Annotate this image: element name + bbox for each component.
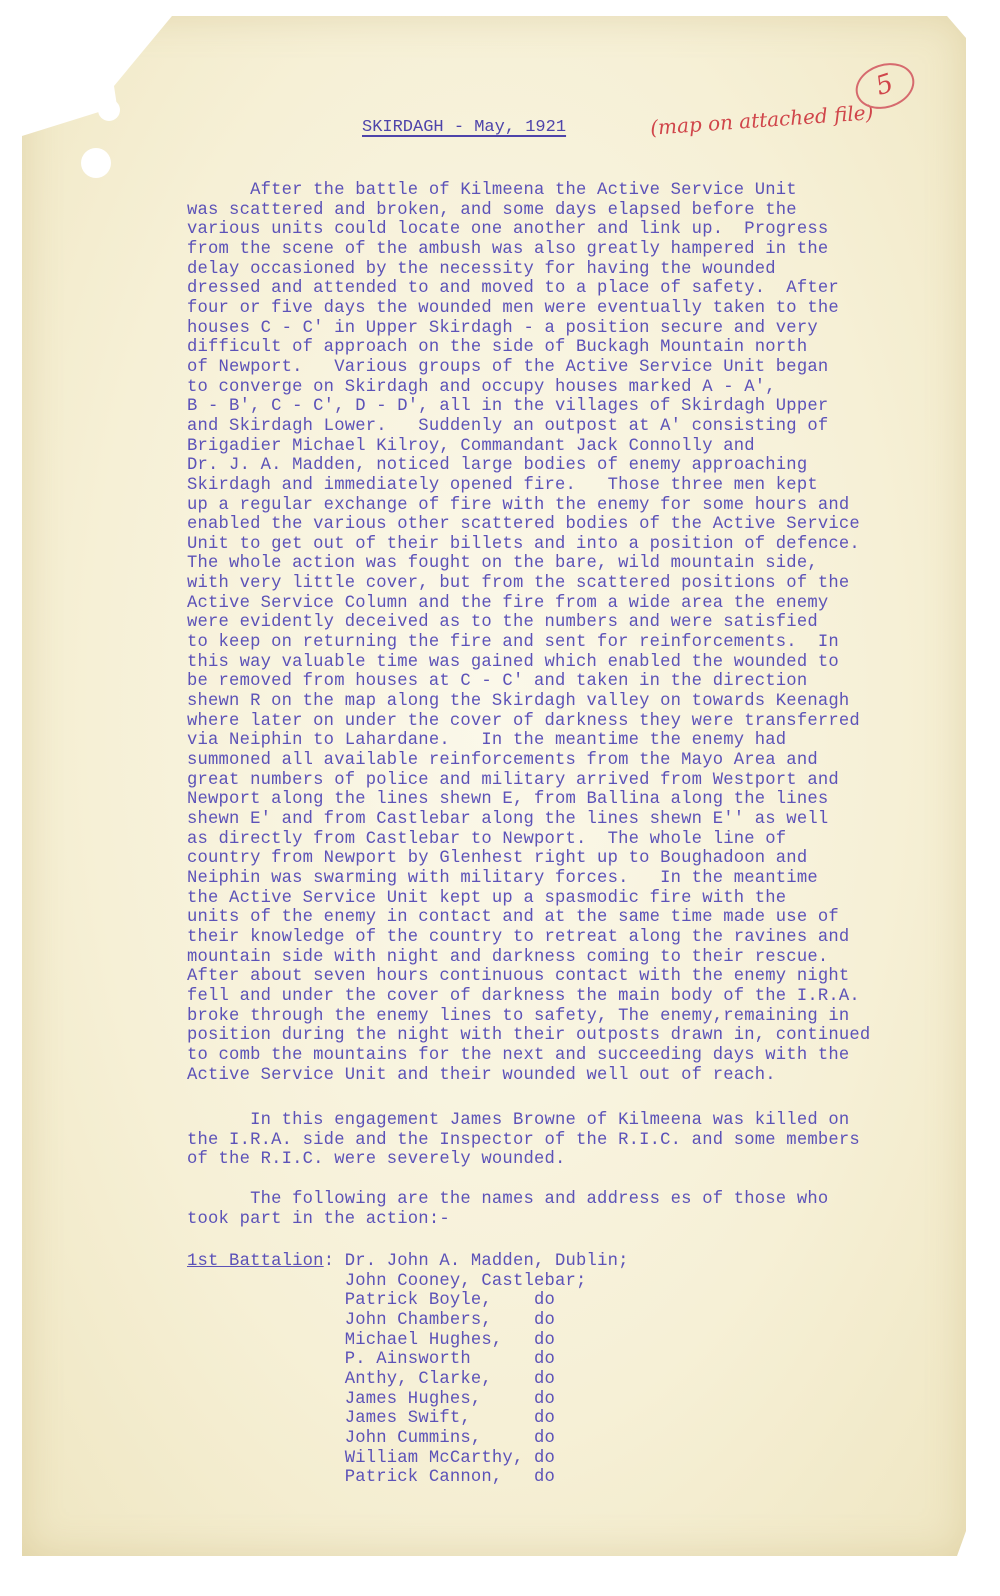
indent [187,1350,345,1369]
text-line: The whole action was fought on the bare,… [187,554,870,574]
text-line: Unit to get out of their billets and int… [187,535,870,555]
roster-row: John Cooney, Castlebar; [187,1272,629,1292]
member-name: James Hughes, [345,1390,534,1409]
member-address: Castlebar; [481,1272,586,1291]
roster-intro-paragraph: The following are the names and address … [187,1190,828,1229]
member-name: Anthy, Clarke, [345,1370,534,1389]
roster-row: James Swift, do [187,1409,629,1429]
text-line: was scattered and broken, and some days … [187,201,870,221]
member-name: Patrick Cannon, [345,1468,534,1487]
casualty-paragraph: In this engagement James Browne of Kilme… [187,1111,860,1170]
battalion-label: 1st Battalion [187,1252,324,1271]
member-address: do [534,1429,555,1448]
roster-row: Anthy, Clarke, do [187,1370,629,1390]
member-address: do [534,1390,555,1409]
member-name: John Cooney, [345,1272,482,1291]
member-address: do [534,1370,555,1389]
text-line: great numbers of police and military arr… [187,771,870,791]
punch-hole-lower [81,148,111,178]
text-line: Brigadier Michael Kilroy, Commandant Jac… [187,437,870,457]
text-line: broke through the enemy lines to safety,… [187,1007,870,1027]
text-line: were evidently deceived as to the number… [187,613,870,633]
text-line: After about seven hours continuous conta… [187,967,870,987]
text-line: where later on under the cover of darkne… [187,712,870,732]
text-line: of the R.I.C. were severely wounded. [187,1150,860,1170]
member-name: John Cummins, [345,1429,534,1448]
text-line: fell and under the cover of darkness the… [187,987,870,1007]
indent [187,1311,345,1330]
roster-row: 1st Battalion: Dr. John A. Madden, Dubli… [187,1252,629,1272]
member-name: Michael Hughes, [345,1331,534,1350]
text-line: four or five days the wounded men were e… [187,299,870,319]
text-line: the I.R.A. side and the Inspector of the… [187,1131,860,1151]
indent [187,1370,345,1389]
text-line: B - B', C - C', D - D', all in the villa… [187,397,870,417]
indent [187,1272,345,1291]
text-line: to keep on returning the fire and sent f… [187,633,870,653]
text-line: enabled the various other scattered bodi… [187,515,870,535]
member-address: do [534,1291,555,1310]
indent [187,1449,345,1468]
text-line: the Active Service Unit kept up a spasmo… [187,889,870,909]
indent [187,1291,345,1310]
member-address: do [534,1311,555,1330]
roster-row: Patrick Boyle, do [187,1291,629,1311]
text-line: up a regular exchange of fire with the e… [187,496,870,516]
text-line: be removed from houses at C - C' and tak… [187,672,870,692]
member-address: do [534,1409,555,1428]
punch-hole-upper [98,99,120,121]
member-name: James Swift, [345,1409,534,1428]
text-line: with very little cover, but from the sca… [187,574,870,594]
member-name: Patrick Boyle, [345,1291,534,1310]
member-name: Dr. John A. Madden, [345,1252,555,1271]
member-name: William McCarthy, [345,1449,534,1468]
text-line: summoned all available reinforcements fr… [187,751,870,771]
member-name: John Chambers, [345,1311,534,1330]
text-line: to converge on Skirdagh and occupy house… [187,378,870,398]
member-address: do [534,1449,555,1468]
narrative-paragraph: After the battle of Kilmeena the Active … [187,181,870,1085]
text-line: to comb the mountains for the next and s… [187,1046,870,1066]
text-line: difficult of approach on the side of Buc… [187,338,870,358]
roster-row: Patrick Cannon, do [187,1468,629,1488]
text-line: took part in the action:- [187,1210,828,1230]
text-line: and Skirdagh Lower. Suddenly an outpost … [187,417,870,437]
text-line: Skirdagh and immediately opened fire. Th… [187,476,870,496]
text-line: via Neiphin to Lahardane. In the meantim… [187,731,870,751]
text-line: country from Newport by Glenhest right u… [187,849,870,869]
text-line: dressed and attended to and moved to a p… [187,279,870,299]
text-line: After the battle of Kilmeena the Active … [187,181,870,201]
indent [187,1468,345,1487]
indent [187,1409,345,1428]
text-line: Active Service Column and the fire from … [187,594,870,614]
text-line: Active Service Unit and their wounded we… [187,1066,870,1086]
text-line: as directly from Castlebar to Newport. T… [187,830,870,850]
member-address: do [534,1468,555,1487]
member-address: Dublin; [555,1252,629,1271]
member-name: P. Ainsworth [345,1350,534,1369]
text-line: The following are the names and address … [187,1190,828,1210]
text-line: houses C - C' in Upper Skirdagh - a posi… [187,319,870,339]
roster-row: James Hughes, do [187,1390,629,1410]
text-line: their knowledge of the country to retrea… [187,928,870,948]
text-line: this way valuable time was gained which … [187,653,870,673]
text-line: mountain side with night and darkness co… [187,948,870,968]
member-address: do [534,1331,555,1350]
roster-list: 1st Battalion: Dr. John A. Madden, Dubli… [187,1252,629,1488]
text-line: delay occasioned by the necessity for ha… [187,260,870,280]
indent [187,1331,345,1350]
roster-row: P. Ainsworth do [187,1350,629,1370]
text-line: from the scene of the ambush was also gr… [187,240,870,260]
text-line: various units could locate one another a… [187,220,870,240]
text-line: Newport along the lines shewn E, from Ba… [187,790,870,810]
roster-row: Michael Hughes, do [187,1331,629,1351]
label-separator: : [324,1252,345,1271]
text-line: Dr. J. A. Madden, noticed large bodies o… [187,456,870,476]
indent [187,1390,345,1409]
text-line: of Newport. Various groups of the Active… [187,358,870,378]
text-line: shewn E' and from Castlebar along the li… [187,810,870,830]
text-line: In this engagement James Browne of Kilme… [187,1111,860,1131]
indent [187,1429,345,1448]
text-line: shewn R on the map along the Skirdagh va… [187,692,870,712]
member-address: do [534,1350,555,1369]
roster-row: John Chambers, do [187,1311,629,1331]
text-line: Neiphin was swarming with military force… [187,869,870,889]
text-line: position during the night with their out… [187,1026,870,1046]
text-line: units of the enemy in contact and at the… [187,908,870,928]
roster-row: William McCarthy, do [187,1449,629,1469]
document-title: SKIRDAGH - May, 1921 [362,118,566,137]
roster-row: John Cummins, do [187,1429,629,1449]
